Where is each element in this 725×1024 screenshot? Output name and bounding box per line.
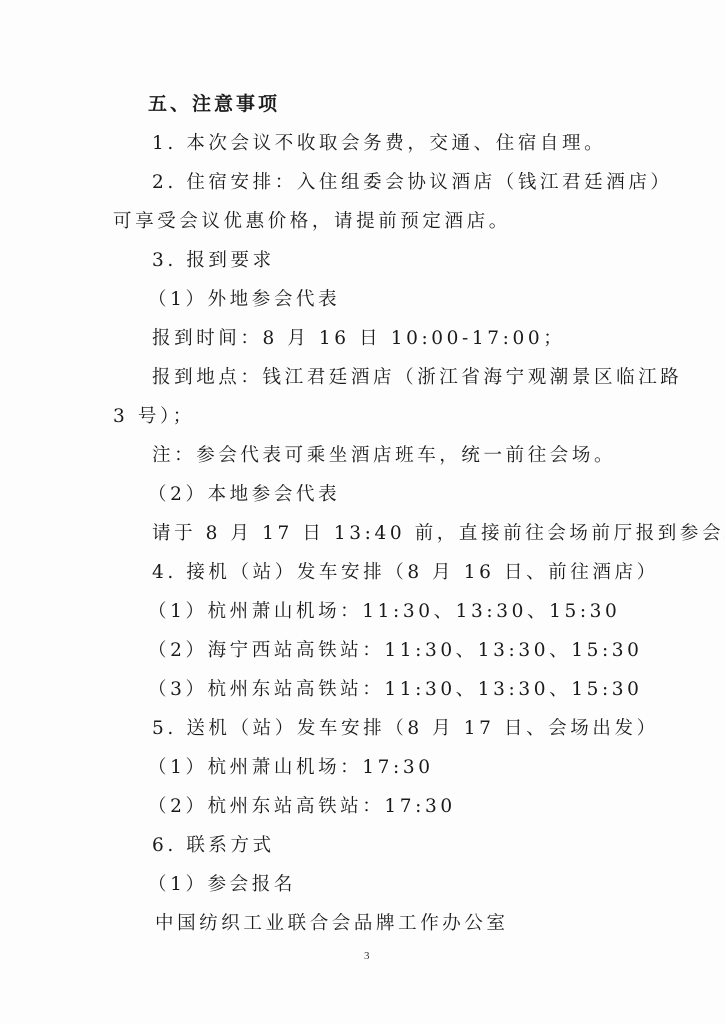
organizer-office: 中国纺织工业联合会品牌工作办公室 xyxy=(155,912,509,936)
subitem-registration: （1）参会报名 xyxy=(148,873,296,897)
item-4-pickup: 4. 接机（站）发车安排（8 月 16 日、前往酒店） xyxy=(152,561,659,585)
item-6-contact: 6. 联系方式 xyxy=(152,834,275,858)
pickup-hangzhou-east: （3）杭州东站高铁站：11:30、13:30、15:30 xyxy=(148,678,643,702)
item-2-accommodation: 2. 住宿安排：入住组委会协议酒店（钱江君廷酒店） xyxy=(152,171,673,195)
registration-location-cont: 3 号）； xyxy=(113,405,195,429)
registration-time: 报到时间：8 月 16 日 10:00-17:00； xyxy=(152,327,565,351)
shuttle-note: 注：参会代表可乘坐酒店班车，统一前往会场。 xyxy=(152,444,616,468)
pickup-haining-west: （2）海宁西站高铁站：11:30、13:30、15:30 xyxy=(148,639,643,663)
local-registration: 请于 8 月 17 日 13:40 前，直接前往会场前厅报到参会。 xyxy=(152,522,725,546)
document-page: 五、注意事项 1. 本次会议不收取会务费，交通、住宿自理。 2. 住宿安排：入住… xyxy=(0,0,725,1024)
item-2-accommodation-cont: 可享受会议优惠价格，请提前预定酒店。 xyxy=(113,210,511,234)
item-1-fees: 1. 本次会议不收取会务费，交通、住宿自理。 xyxy=(152,132,606,156)
section-heading: 五、注意事项 xyxy=(148,92,280,116)
registration-location: 报到地点：钱江君廷酒店（浙江省海宁观潮景区临江路 xyxy=(152,366,682,390)
subitem-out-of-town: （1）外地参会代表 xyxy=(148,288,340,312)
dropoff-xiaoshan-airport: （1）杭州萧山机场：17:30 xyxy=(148,756,434,780)
item-5-dropoff: 5. 送机（站）发车安排（8 月 17 日、会场出发） xyxy=(152,717,659,741)
subitem-local: （2）本地参会代表 xyxy=(148,483,340,507)
dropoff-hangzhou-east: （2）杭州东站高铁站：17:30 xyxy=(148,795,456,819)
page-number: 3 xyxy=(364,950,370,962)
item-3-registration: 3. 报到要求 xyxy=(152,249,275,273)
pickup-xiaoshan-airport: （1）杭州萧山机场：11:30、13:30、15:30 xyxy=(148,600,620,624)
